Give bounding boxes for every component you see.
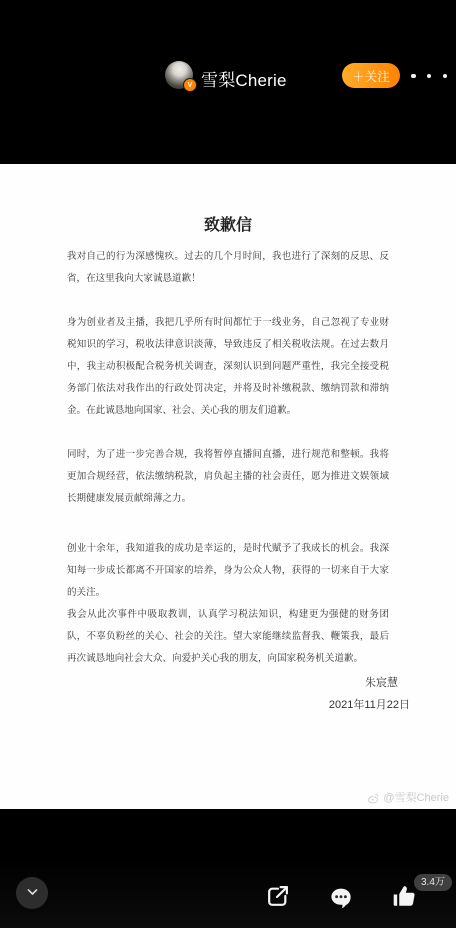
like-button[interactable]	[391, 883, 417, 912]
letter-paragraph: 我会从此次事件中吸取教训，认真学习税法知识，构建更为强健的财务团队，不辜负粉丝的…	[67, 604, 389, 670]
verified-badge-icon: V	[183, 78, 197, 92]
viewer-header: V 雪梨Cherie ＋关注	[0, 0, 456, 130]
bottom-action-bar	[0, 858, 456, 928]
collapse-button[interactable]	[16, 877, 48, 909]
letter-body: 致歉信 我对自己的行为深感愧疚。过去的几个月时间，我也进行了深刻的反思、反省，在…	[0, 164, 456, 716]
weibo-logo-icon	[367, 792, 380, 805]
apology-letter-image[interactable]: 致歉信 我对自己的行为深感愧疚。过去的几个月时间，我也进行了深刻的反思、反省，在…	[0, 164, 456, 809]
watermark: @雪梨Cherie	[367, 792, 449, 805]
share-icon	[265, 897, 290, 912]
weibo-image-viewer: V 雪梨Cherie ＋关注 致歉信 我对自己的行为深感愧疚。过去的几个月时间，…	[0, 0, 456, 928]
follow-button[interactable]: ＋关注	[342, 63, 400, 88]
chevron-down-icon	[25, 884, 40, 902]
share-button[interactable]	[265, 884, 290, 912]
thumbs-up-icon	[391, 897, 417, 912]
letter-paragraph: 我对自己的行为深感愧疚。过去的几个月时间，我也进行了深刻的反思、反省，在这里我向…	[67, 246, 389, 290]
username[interactable]: 雪梨Cherie	[201, 66, 287, 91]
more-dots-icon	[411, 74, 416, 79]
comment-bubble-icon	[329, 898, 353, 913]
letter-title: 致歉信	[67, 214, 389, 238]
more-options-button[interactable]	[411, 70, 447, 82]
letter-signature: 朱宸慧	[67, 672, 398, 694]
letter-paragraph: 身为创业者及主播，我把几乎所有时间都忙于一线业务，自己忽视了专业财税知识的学习，…	[67, 312, 389, 422]
more-dots-icon	[427, 74, 432, 79]
letter-paragraph: 同时，为了进一步完善合规，我将暂停直播间直播，进行规范和整顿。我将更加合规经营，…	[67, 444, 389, 510]
watermark-text: @雪梨Cherie	[383, 793, 449, 804]
letter-date: 2021年11月22日	[67, 694, 410, 716]
comment-button[interactable]	[329, 886, 353, 913]
letter-paragraph: 创业十余年，我知道我的成功是幸运的，是时代赋予了我成长的机会。我深知每一步成长都…	[67, 538, 389, 604]
like-count-badge: 3.4万	[414, 874, 452, 891]
more-dots-icon	[443, 74, 448, 79]
